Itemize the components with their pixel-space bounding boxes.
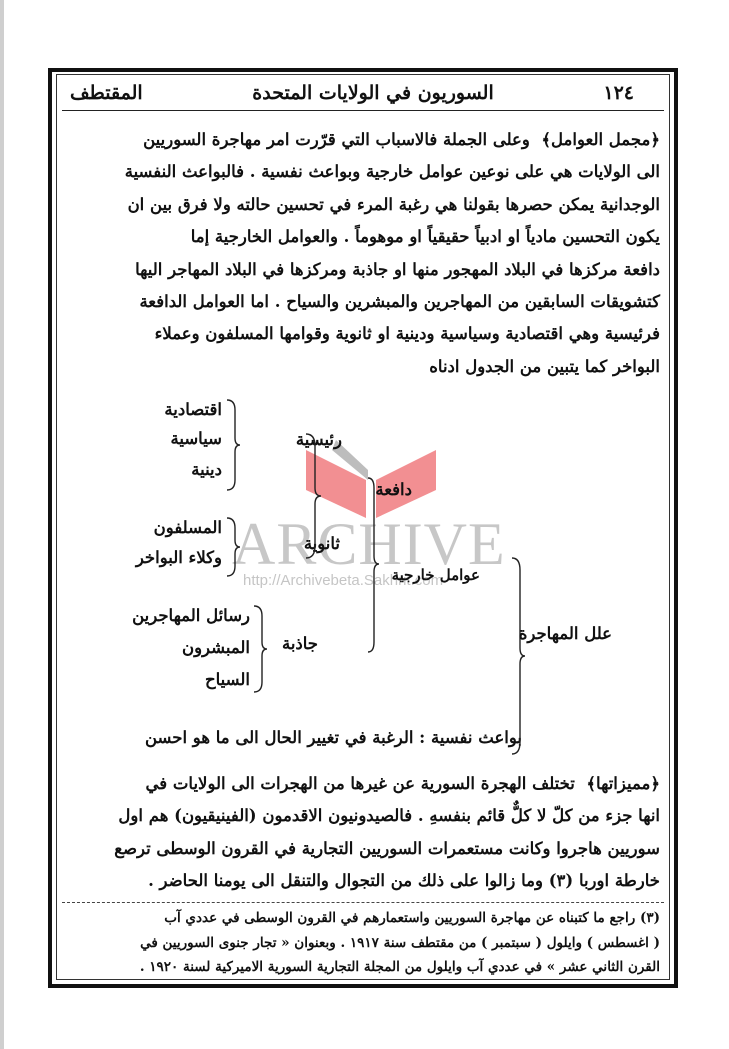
label-root: علل المهاجرة	[519, 624, 612, 643]
item-political: سياسية	[171, 429, 222, 448]
item-ship-agents: وكلاء البواخر	[136, 548, 222, 567]
item-emigrant-letters: رسائل المهاجرين	[132, 606, 250, 625]
brace-secondary	[225, 516, 241, 578]
article-title: السوريون في الولايات المتحدة	[252, 82, 494, 104]
brace-root	[510, 556, 526, 756]
text-line: كتشويقات السابقين من المهاجرين والمبشرين…	[66, 286, 660, 318]
text-line: دافعة مركزها في البلاد المهجور منها او ج…	[66, 254, 660, 286]
label-pushing: دافعة	[375, 480, 412, 499]
paragraph-characteristics: ﴿مميزاتها﴾ تختلف الهجرة السورية عن غيرها…	[66, 768, 660, 898]
text-line: الوجدانية يمكن حصرها بقولنا هي رغبة المر…	[66, 189, 660, 221]
label-pulling: جاذبة	[282, 634, 318, 653]
text-line: ﴿مجمل العوامل﴾ وعلى الجملة فالاسباب التي…	[66, 124, 660, 156]
header-rule	[62, 110, 664, 111]
text-line: ﴿مميزاتها﴾ تختلف الهجرة السورية عن غيرها…	[66, 768, 660, 800]
migration-causes-diagram: اقتصادية سياسية دينية رئيسية المسلفون وك…	[60, 388, 670, 768]
brace-primary	[225, 398, 241, 492]
footnote-line: (٣) راجع ما كتبناه عن مهاجرة السوريين وا…	[66, 906, 660, 931]
text-line: سوريين هاجروا وكانت مستعمرات السوريين ال…	[66, 833, 660, 865]
scan-edge	[0, 0, 4, 1049]
item-tourists: السياح	[205, 670, 250, 689]
section-heading: ﴿مميزاتها﴾	[586, 774, 660, 793]
brace-pulling	[252, 604, 268, 694]
page-number: ١٢٤	[603, 82, 664, 104]
paragraph-factors: ﴿مجمل العوامل﴾ وعلى الجملة فالاسباب التي…	[66, 124, 660, 383]
text-line: البواخر كما يتبين من الجدول ادناه	[66, 351, 660, 383]
text-line: الى الولايات هي على نوعين عوامل خارجية و…	[66, 156, 660, 188]
item-lenders: المسلفون	[154, 518, 222, 537]
item-religious: دينية	[191, 460, 222, 479]
label-external: عوامل خارجية	[392, 566, 480, 584]
item-economic: اقتصادية	[164, 400, 222, 419]
magazine-name: المقتطف	[62, 82, 143, 104]
text-line: فرئيسية وهي اقتصادية وسياسية ودينية او ث…	[66, 318, 660, 350]
footnote: (٣) راجع ما كتبناه عن مهاجرة السوريين وا…	[66, 906, 660, 980]
label-psychological: بواعث نفسية : الرغبة في تغيير الحال الى …	[145, 728, 522, 747]
running-header: ١٢٤ السوريون في الولايات المتحدة المقتطف	[62, 78, 664, 108]
section-heading: ﴿مجمل العوامل﴾	[541, 130, 660, 149]
item-missionaries: المبشرون	[182, 638, 250, 657]
text-line: خارطة اوربا (٣) وما زالوا على ذلك من الت…	[66, 865, 660, 897]
text-line: يكون التحسين مادياً او ادبياً حقيقياً او…	[66, 221, 660, 253]
brace-external	[366, 476, 380, 654]
footnote-line: ( اغسطس ) وايلول ( سبتمبر ) من مقتطف سنة…	[66, 931, 660, 956]
footnote-line: القرن الثاني عشر » في عددي آب وايلول من …	[66, 955, 660, 980]
text-line: انها جزء من كلّ لا كلٌّ قائم بنفسهِ . فا…	[66, 800, 660, 832]
footnote-rule	[62, 902, 664, 903]
brace-pushing	[304, 432, 322, 560]
